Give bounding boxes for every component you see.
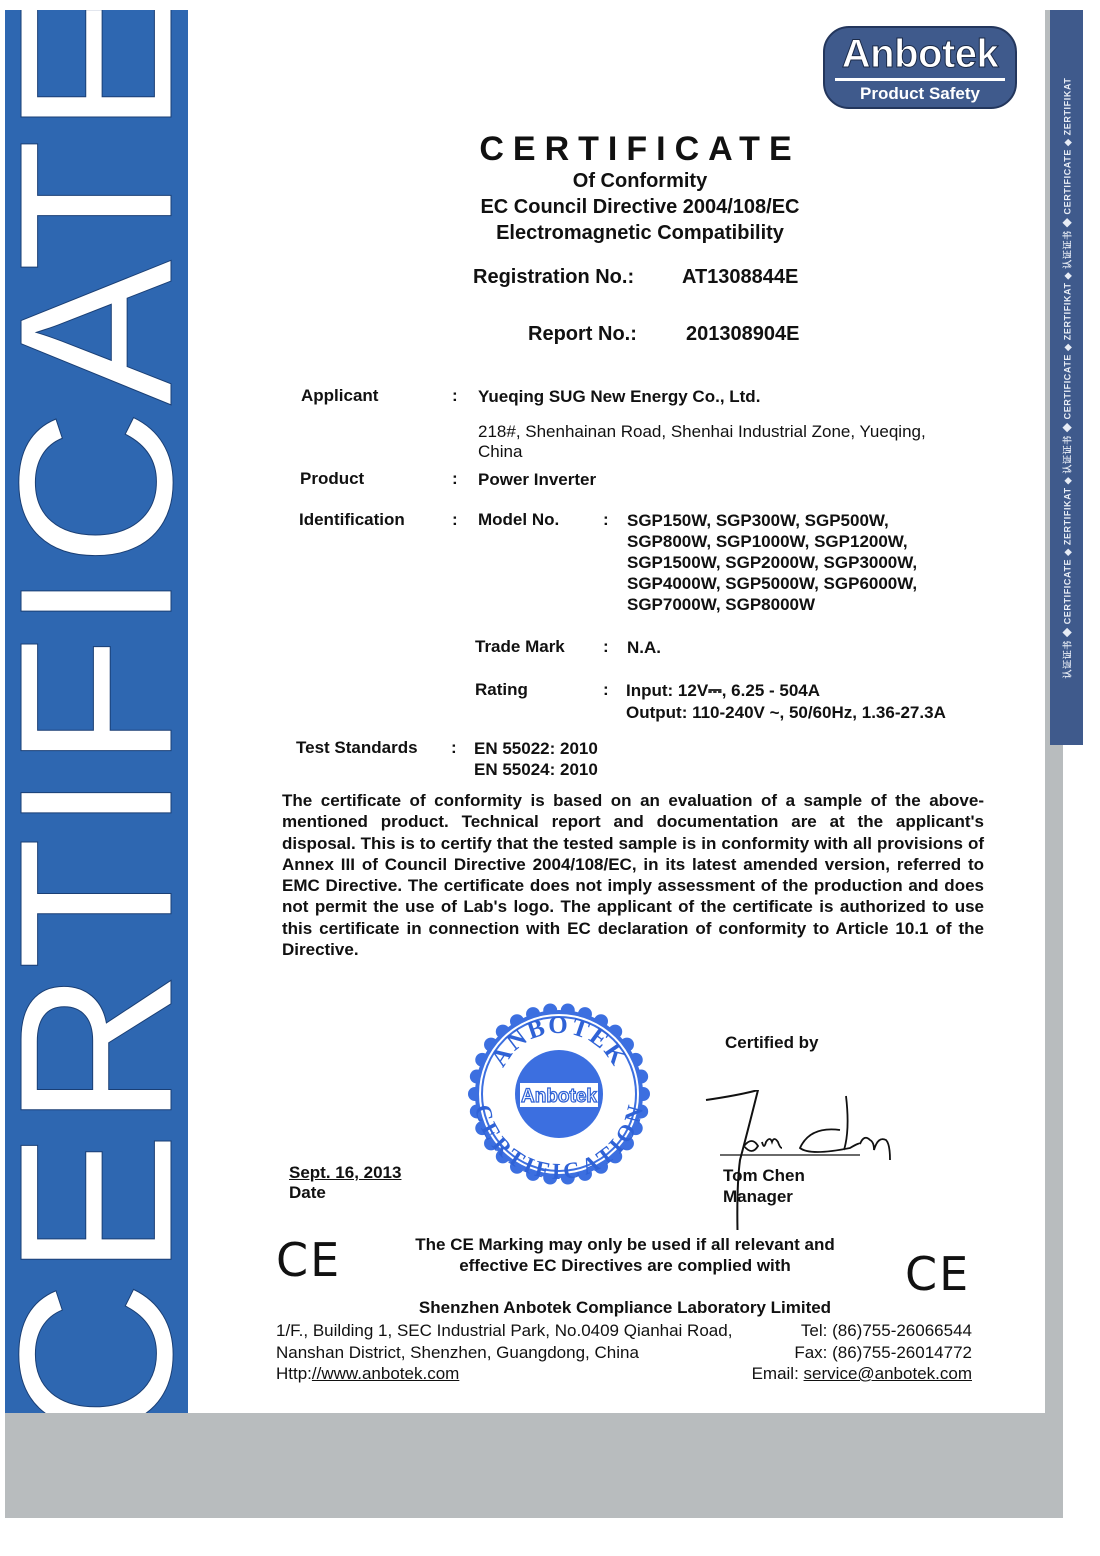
model-line: SGP800W, SGP1000W, SGP1200W, xyxy=(627,531,917,552)
identification-label: Identification xyxy=(299,510,405,530)
ce-note-line2: effective EC Directives are complied wit… xyxy=(380,1255,870,1276)
lab-contact: Tel: (86)755-26066544 Fax: (86)755-26014… xyxy=(752,1320,972,1385)
colon: : xyxy=(603,680,609,700)
applicant-address-line1: 218#, Shenhainan Road, Shenhai Industria… xyxy=(478,421,926,442)
certificate-title: CERTIFICATE xyxy=(440,130,840,169)
website-link[interactable]: //www.anbotek.com xyxy=(312,1364,459,1383)
standard-item: EN 55024: 2010 xyxy=(474,759,598,780)
date-value: Sept. 16, 2013 xyxy=(289,1163,401,1183)
report-value: 201308904E xyxy=(686,323,799,346)
trademark-label: Trade Mark xyxy=(475,637,565,657)
subtitle-directive: EC Council Directive 2004/108/EC xyxy=(400,194,880,220)
side-banner: CERTIFICATE xyxy=(5,10,188,1413)
model-label: Model No. xyxy=(478,510,559,530)
colon: : xyxy=(603,637,609,657)
fax: Fax: (86)755-26014772 xyxy=(752,1342,972,1364)
rating-label: Rating xyxy=(475,680,528,700)
email-link[interactable]: service@anbotek.com xyxy=(804,1364,972,1383)
subtitle-emc: Electromagnetic Compatibility xyxy=(400,220,880,246)
address-line2: Nanshan District, Shenzhen, Guangdong, C… xyxy=(276,1342,732,1364)
colon: : xyxy=(452,386,458,406)
applicant-name: Yueqing SUG New Energy Co., Ltd. xyxy=(478,386,760,407)
standards-label: Test Standards xyxy=(296,738,418,758)
anbotek-certification-seal: ANBOTEK CERTIFICATION Anbotek xyxy=(468,1003,650,1185)
anbotek-logo: Anbotek Product Safety xyxy=(823,26,1017,109)
address-line1: 1/F., Building 1, SEC Industrial Park, N… xyxy=(276,1320,732,1342)
ce-mark-icon: CE xyxy=(905,1251,970,1297)
website-prefix: Http: xyxy=(276,1364,312,1383)
conformity-statement: The certificate of conformity is based o… xyxy=(282,790,984,960)
applicant-label: Applicant xyxy=(301,386,378,406)
signer-name: Tom Chen xyxy=(723,1165,805,1186)
report-label: Report No.: xyxy=(528,323,637,346)
colon: : xyxy=(451,738,457,758)
website: Http://www.anbotek.com xyxy=(276,1363,732,1385)
signer-block: Tom Chen Manager xyxy=(723,1165,805,1207)
colon: : xyxy=(603,510,609,530)
logo-rule xyxy=(835,78,1005,81)
product-label: Product xyxy=(300,469,364,489)
ce-note-line1: The CE Marking may only be used if all r… xyxy=(380,1234,870,1255)
model-line: SGP4000W, SGP5000W, SGP6000W, xyxy=(627,573,917,594)
signer-title: Manager xyxy=(723,1186,805,1207)
date-label: Date xyxy=(289,1183,401,1203)
registration-label: Registration No.: xyxy=(473,266,634,289)
seal-center-text: Anbotek xyxy=(521,1086,597,1107)
certified-by-label: Certified by xyxy=(725,1033,819,1053)
logo-tagline: Product Safety xyxy=(825,83,1015,105)
ce-note: The CE Marking may only be used if all r… xyxy=(380,1234,870,1276)
model-list: SGP150W, SGP300W, SGP500W, SGP800W, SGP1… xyxy=(627,510,917,615)
standards-list: EN 55022: 2010 EN 55024: 2010 xyxy=(474,738,598,780)
rating-output: Output: 110-240V ~, 50/60Hz, 1.36-27.3A xyxy=(626,702,946,723)
applicant-address-line2: China xyxy=(478,441,522,462)
side-strip-text: 认证证书 ◆ CERTIFICATE ◆ ZERTIFIKAT ◆ 认证证书 ◆… xyxy=(1060,77,1073,678)
rating-input: Input: 12V⎓, 6.25 - 504A xyxy=(626,680,820,701)
email-prefix: Email: xyxy=(752,1364,804,1383)
signature xyxy=(700,1090,900,1230)
lab-address: 1/F., Building 1, SEC Industrial Park, N… xyxy=(276,1320,732,1385)
lab-name: Shenzhen Anbotek Compliance Laboratory L… xyxy=(275,1298,975,1318)
colon: : xyxy=(452,510,458,530)
logo-brand: Anbotek xyxy=(825,32,1015,76)
model-line: SGP150W, SGP300W, SGP500W, xyxy=(627,510,917,531)
model-line: SGP1500W, SGP2000W, SGP3000W, xyxy=(627,552,917,573)
email: Email: service@anbotek.com xyxy=(752,1363,972,1385)
tel: Tel: (86)755-26066544 xyxy=(752,1320,972,1342)
standard-item: EN 55022: 2010 xyxy=(474,738,598,759)
side-strip: 认证证书 ◆ CERTIFICATE ◆ ZERTIFIKAT ◆ 认证证书 ◆… xyxy=(1050,10,1083,745)
registration-value: AT1308844E xyxy=(682,266,798,289)
ce-mark-icon: CE xyxy=(276,1237,341,1283)
subtitle-conformity: Of Conformity xyxy=(400,168,880,194)
model-line: SGP7000W, SGP8000W xyxy=(627,594,917,615)
side-banner-text: CERTIFICATE xyxy=(5,10,188,1413)
colon: : xyxy=(452,469,458,489)
trademark-value: N.A. xyxy=(627,637,661,658)
product-value: Power Inverter xyxy=(478,469,596,490)
date-block: Sept. 16, 2013 Date xyxy=(289,1163,401,1203)
